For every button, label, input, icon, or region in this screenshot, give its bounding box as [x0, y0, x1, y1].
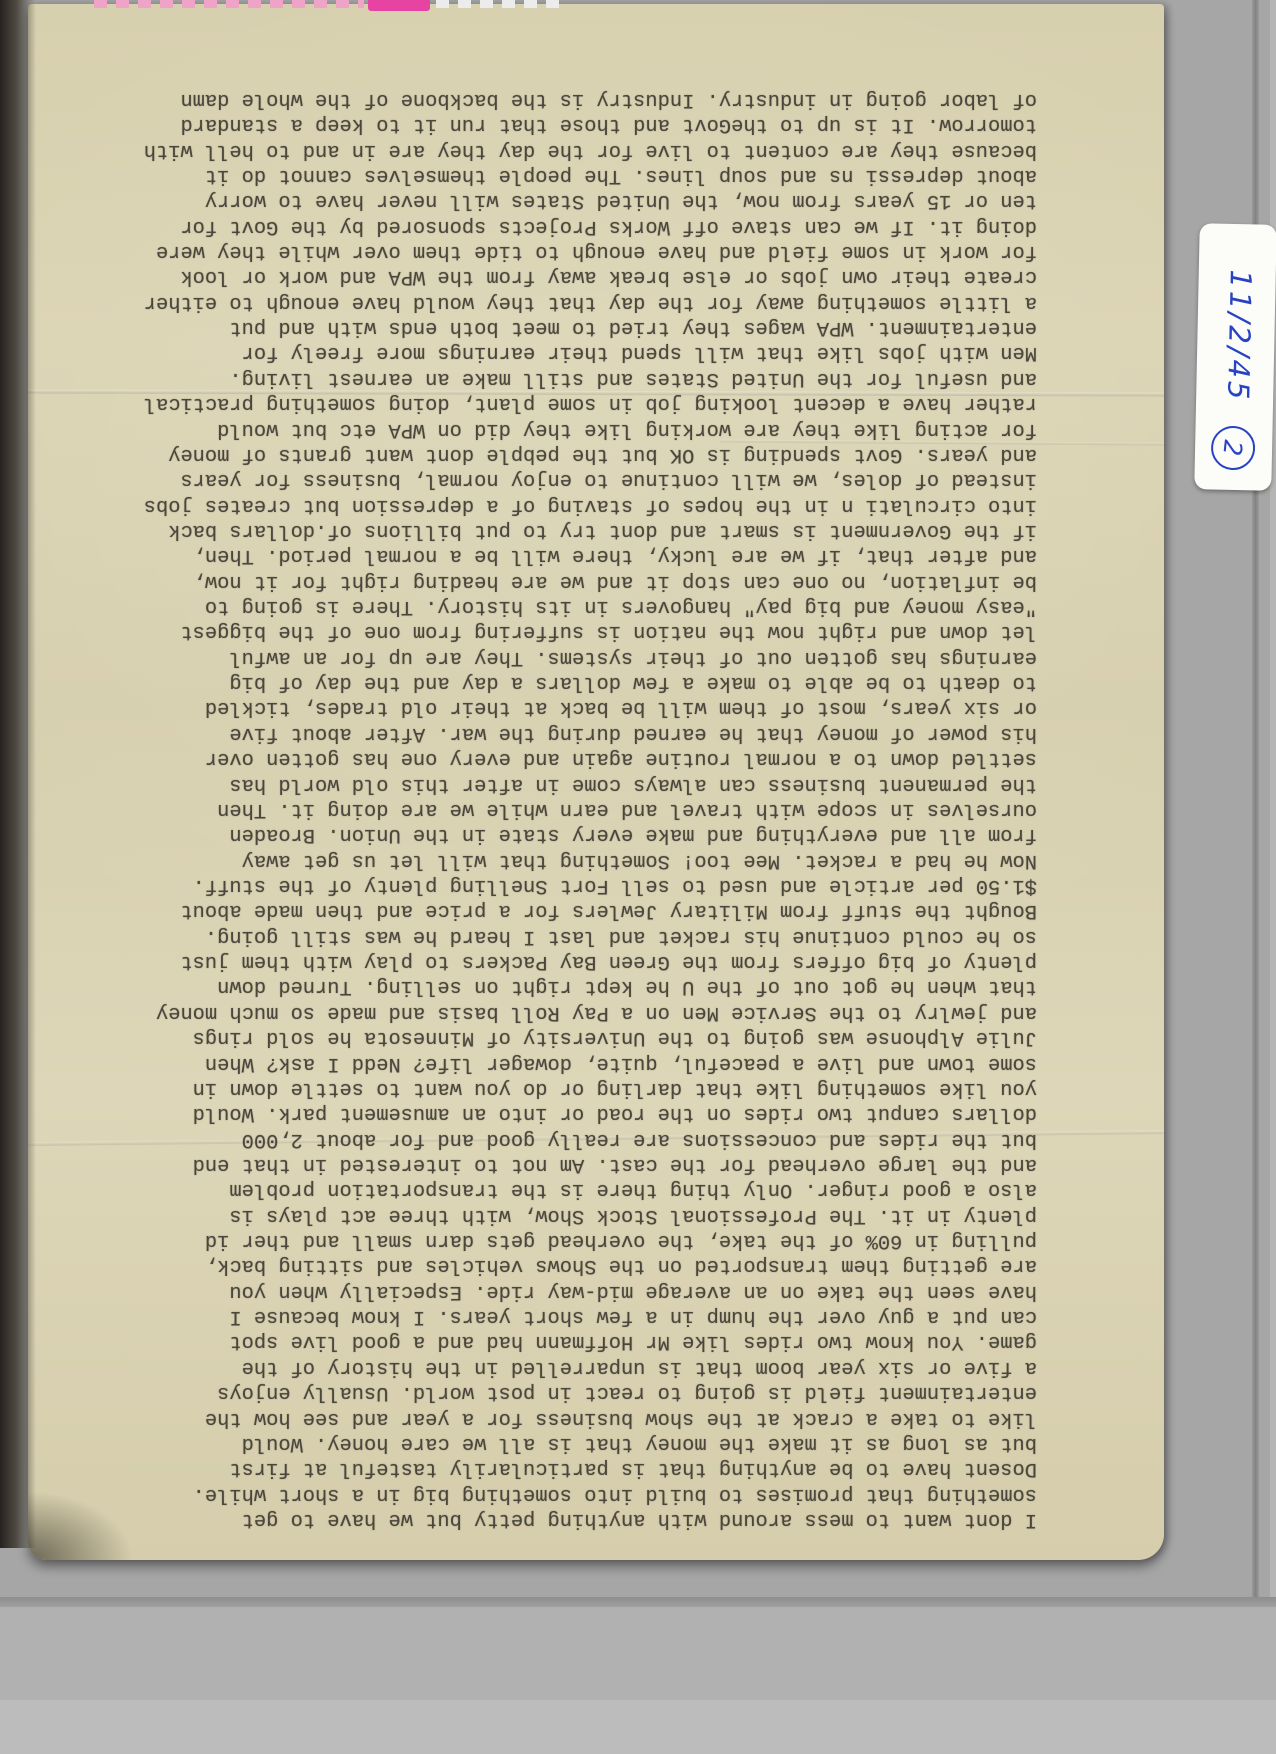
scanner-background-bottom [0, 1700, 1276, 1754]
typed-line: Bought the stuff from Military Jewlers f… [139, 898, 1037, 923]
typed-line: $1.50 per article and used to sell Fort … [139, 873, 1037, 898]
typed-line: ten or 15 years from now, the United Sta… [139, 188, 1037, 213]
left-edge-shadow [0, 0, 36, 1548]
typed-line: for work in some field and have enough t… [139, 239, 1037, 264]
typed-line: something that promises to build into so… [139, 1481, 1037, 1506]
typed-line: Julie Alphonse was going to the Universi… [139, 1025, 1037, 1050]
typed-line: rather have a decent looking job in some… [139, 391, 1037, 416]
typed-line: a five or six year boom that is unparrel… [139, 1354, 1037, 1379]
typed-line: and the large overhead for the cast. Am … [139, 1152, 1037, 1177]
typed-line: also a good ringer. Only thing there is … [139, 1177, 1037, 1202]
typed-line: Men with jobs like that will spend their… [139, 340, 1037, 365]
typed-line: be inflation, no one can stop it and we … [139, 568, 1037, 593]
typed-line: Dosent have to be anything that is parti… [139, 1456, 1037, 1481]
typed-line: and jewlry to the Service Men on a Pay R… [139, 999, 1037, 1024]
typed-line: that when he got out of the U he kept ri… [139, 974, 1037, 999]
typed-line: to death to be able to make a few dollar… [139, 670, 1037, 695]
typed-line: have seen the take on an average mid-way… [139, 1278, 1037, 1303]
white-tape-marks [436, 0, 568, 8]
typed-line: because they are content to live for the… [139, 137, 1037, 162]
typed-line: and useful for the United States and sti… [139, 365, 1037, 390]
typed-line: but the rides and concessions are really… [139, 1126, 1037, 1151]
typed-line: can put a guy over the hump in a few sho… [139, 1304, 1037, 1329]
typed-line: "easy money and big pay" hangovers in it… [139, 594, 1037, 619]
typed-line: for acting like they are working like th… [139, 416, 1037, 441]
typed-line: into circulati n in the hopes of staving… [139, 492, 1037, 517]
typed-line: if the Government is smart and dont try … [139, 518, 1037, 543]
typed-line: tomorrow. It is up to theGovt and those … [139, 112, 1037, 137]
pink-tape-marks [94, 0, 364, 8]
typed-line: but as long as it make the money that is… [139, 1431, 1037, 1456]
typed-line: earnings has gotten out of their systems… [139, 644, 1037, 669]
typed-line: of labor going in industry. Industry is … [139, 87, 1037, 112]
typed-line: ourselves in scope with travel and earn … [139, 797, 1037, 822]
typed-line: Now he had a racket. Mee too! Something … [139, 847, 1037, 872]
typed-line: and years. Govt spending is OK but the p… [139, 442, 1037, 467]
typed-line: dollars canput two rides on the road or … [139, 1101, 1037, 1126]
typed-line: about depressi ns and soup lines. The pe… [139, 163, 1037, 188]
typed-line: instead of doles, we will continue to en… [139, 467, 1037, 492]
typed-line: let down and right now the nation is suf… [139, 619, 1037, 644]
typed-line: create their own jobs or else break away… [139, 264, 1037, 289]
sleeve-seam-horizontal [0, 1597, 1276, 1607]
magenta-tape-mark [368, 0, 430, 11]
typed-line: I dont want to mess around with anything… [139, 1507, 1037, 1532]
typed-line: plenty in it. The Professional Stock Sho… [139, 1202, 1037, 1227]
typed-line: settled down to a normal routine again a… [139, 746, 1037, 771]
typed-line: doing it. If we can stave off Works Proj… [139, 213, 1037, 238]
typed-line: entertainment. WPA wages they tried to m… [139, 315, 1037, 340]
typed-line: pulling in 60% of the take, the overhead… [139, 1228, 1037, 1253]
typed-line: some town and live a peaceful, quite, do… [139, 1050, 1037, 1075]
typed-line: game. You know two rides like Mr Hoffman… [139, 1329, 1037, 1354]
scanned-document-view: I dont want to mess around with anything… [0, 0, 1276, 1754]
typed-line: plenty of big offers from the Green Bay … [139, 949, 1037, 974]
archival-label-sticker: 11/2/45 2 [1194, 223, 1276, 491]
typed-text-block-upside-down: I dont want to mess around with anything… [139, 86, 1037, 1532]
typed-line: from all and everything and make every s… [139, 822, 1037, 847]
typed-line: the permanent business can always come i… [139, 771, 1037, 796]
handwritten-date: 11/2/45 [1214, 226, 1259, 447]
typed-line: a little something away for the day that… [139, 289, 1037, 314]
typed-line: are getting them transported on the Show… [139, 1253, 1037, 1278]
typed-line: so he could continue his racket and last… [139, 923, 1037, 948]
typed-line: his power of money that he earned during… [139, 721, 1037, 746]
typed-line: or six years, most of them will be back … [139, 695, 1037, 720]
typed-line: like to take a crack at the show busines… [139, 1405, 1037, 1430]
typed-line: entertainment field is going to react in… [139, 1380, 1037, 1405]
typed-line: you like something like that darling or … [139, 1076, 1037, 1101]
typed-line: and after that, if we are lucky, there w… [139, 543, 1037, 568]
